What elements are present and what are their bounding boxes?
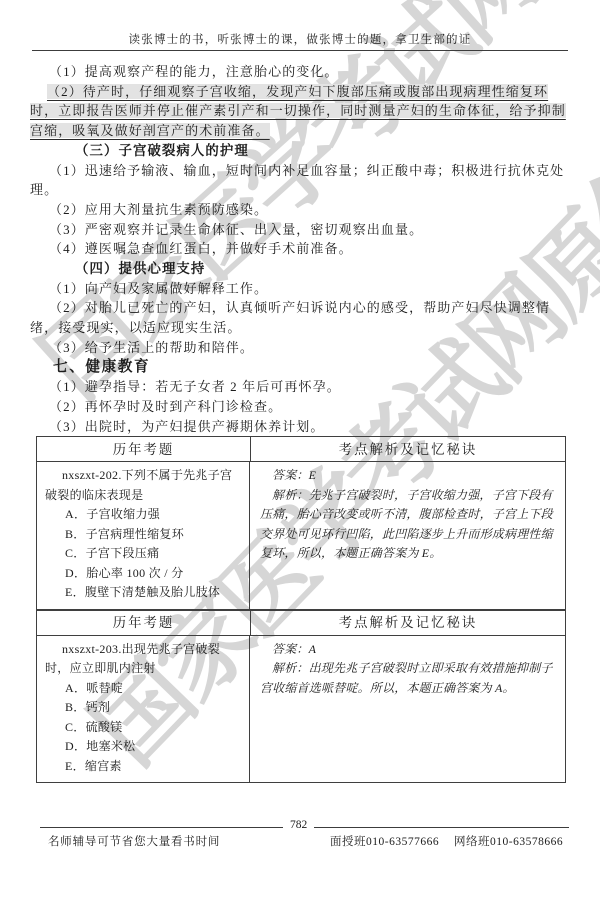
section4-item: （2）对胎儿已死亡的产妇，认真倾听产妇诉说内心的感受，帮助产妇尽快调整情绪，接受…	[30, 298, 570, 337]
table-body-row: nxszxt-202.下列不属于先兆子宫破裂的临床表现是 A．子宫收缩力强 B．…	[37, 462, 565, 609]
page-body: （1）提高观察产程的能力，注意胎心的变化。 （2）待产时，仔细观察子宫收缩，发现…	[30, 62, 570, 783]
table-header-questions: 历年考题	[37, 437, 251, 461]
table-header-row: 历年考题 考点解析及记忆秘诀	[37, 611, 565, 636]
section3-item: （4）遵医嘱急查血红蛋白，并做好手术前准备。	[30, 239, 570, 259]
analysis-cell: 答案：E 解析：先兆子宫破裂时，子宫收缩力强，子宫下段有压痛，胎心音改变或听不清…	[250, 462, 565, 609]
page-footer: 782 名师辅导可节省您大量看书时间 面授班010-63577666 网络班01…	[40, 827, 569, 828]
highlight-text: （2）待产时，仔细观察子宫收缩，发现产妇下腹部压痛或腹部出现病理性缩复环时，立即…	[30, 84, 566, 138]
option-c: C．子宫下段压痛	[45, 544, 243, 564]
option-c: C．硫酸镁	[45, 718, 243, 738]
analysis-text: 解析：出现先兆子宫破裂时立即采取有效措施抑制子宫收缩首选哌替啶。所以，本题正确答…	[260, 659, 557, 698]
section4-item: （1）向产妇及家属做好解释工作。	[30, 279, 570, 299]
footer-phone-classroom: 面授班010-63577666	[330, 833, 439, 849]
section3-item: （1）迅速给予输液、输血，短时间内补足血容量；纠正酸中毒；积极进行抗休克处理。	[30, 161, 570, 200]
table-header-analysis: 考点解析及记忆秘诀	[251, 437, 565, 461]
option-b: B．子宫病理性缩复环	[45, 525, 243, 545]
section3-heading: （三）子宫破裂病人的护理	[30, 141, 570, 161]
question-cell: nxszxt-203.出现先兆子宫破裂时，应立即肌内注射 A．哌替啶 B．钙剂 …	[37, 636, 250, 783]
option-b: B．钙剂	[45, 698, 243, 718]
option-a: A．子宫收缩力强	[45, 505, 243, 525]
section4-heading: （四）提供心理支持	[30, 259, 570, 279]
section7-item: （3）出院时，为产妇提供产褥期休养计划。	[30, 417, 570, 437]
table-body-row: nxszxt-203.出现先兆子宫破裂时，应立即肌内注射 A．哌替啶 B．钙剂 …	[37, 636, 565, 783]
page-header-slogan: 读张博士的书，听张博士的课，做张博士的题，拿卫生部的证	[32, 31, 568, 51]
body-item-observe: （1）提高观察产程的能力，注意胎心的变化。	[30, 62, 570, 82]
question-text: nxszxt-203.出现先兆子宫破裂时，应立即肌内注射	[45, 640, 243, 679]
section7-heading: 七、健康教育	[30, 358, 570, 378]
table-header-row: 历年考题 考点解析及记忆秘诀	[37, 437, 565, 462]
page-number: 782	[283, 819, 314, 831]
option-a: A．哌替啶	[45, 679, 243, 699]
option-e: E．缩宫素	[45, 757, 243, 777]
option-e: E．腹壁下清楚触及胎儿肢体	[45, 583, 243, 603]
option-d: D．胎心率 100 次 / 分	[45, 564, 243, 584]
highlighted-paragraph: （2）待产时，仔细观察子宫收缩，发现产妇下腹部压痛或腹部出现病理性缩复环时，立即…	[30, 82, 570, 141]
answer-text: 答案：A	[260, 640, 557, 660]
section7-item: （2）再怀孕时及时到产科门诊检查。	[30, 397, 570, 417]
section4-item: （3）给予生活上的帮助和陪伴。	[30, 338, 570, 358]
scanned-textbook-page: 国家医学考试网原创 国家医学考试网原创 读张博士的书，听张博士的课，做张博士的题…	[0, 0, 600, 912]
exam-question-table-1: 历年考题 考点解析及记忆秘诀 nxszxt-202.下列不属于先兆子宫破裂的临床…	[36, 436, 566, 610]
exam-question-table-2: 历年考题 考点解析及记忆秘诀 nxszxt-203.出现先兆子宫破裂时，应立即肌…	[36, 610, 566, 784]
table-header-questions: 历年考题	[37, 611, 251, 635]
table-header-analysis: 考点解析及记忆秘诀	[251, 611, 565, 635]
footer-phone-online: 网络班010-63578666	[454, 833, 563, 849]
footer-slogan: 名师辅导可节省您大量看书时间	[48, 833, 220, 849]
question-cell: nxszxt-202.下列不属于先兆子宫破裂的临床表现是 A．子宫收缩力强 B．…	[37, 462, 250, 609]
section3-item: （3）严密观察并记录生命体征、出入量，密切观察出血量。	[30, 220, 570, 240]
question-text: nxszxt-202.下列不属于先兆子宫破裂的临床表现是	[45, 466, 243, 505]
analysis-text: 解析：先兆子宫破裂时，子宫收缩力强，子宫下段有压痛，胎心音改变或听不清，腹部检查…	[260, 486, 557, 564]
option-d: D．地塞米松	[45, 737, 243, 757]
analysis-cell: 答案：A 解析：出现先兆子宫破裂时立即采取有效措施抑制子宫收缩首选哌替啶。所以，…	[250, 636, 565, 783]
section7-item: （1）避孕指导：若无子女者 2 年后可再怀孕。	[30, 377, 570, 397]
section3-item: （2）应用大剂量抗生素预防感染。	[30, 200, 570, 220]
answer-text: 答案：E	[260, 466, 557, 486]
